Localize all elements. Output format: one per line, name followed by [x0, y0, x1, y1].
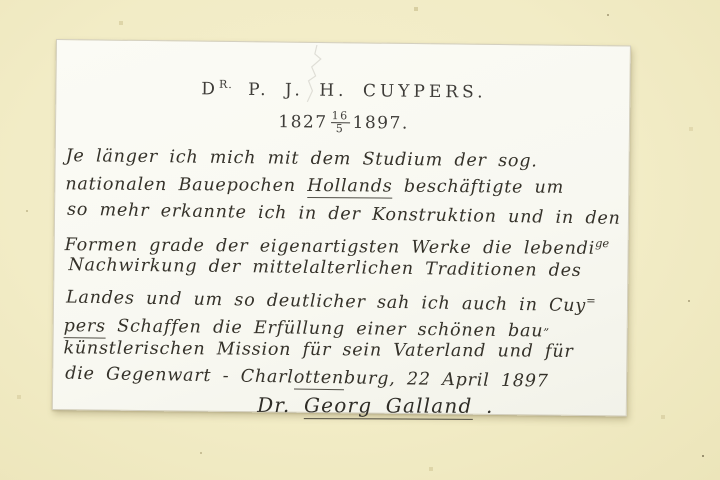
manuscript-text: Je länger ich mich mit dem Studium der s… — [66, 146, 538, 171]
manuscript-text: „ — [543, 319, 549, 333]
date-fraction-denominator: 5 — [330, 123, 349, 135]
date-fraction: 165 — [330, 110, 349, 135]
album-page: DR. P. J. H. CUYPERS. 18271651897. Je lä… — [0, 0, 720, 480]
underlined-word: Hollands — [307, 176, 392, 199]
manuscript-text: nationalen Bauepochen — [65, 174, 307, 196]
manuscript-text: die Gegenwart - Charl — [65, 364, 294, 388]
paper-specks — [0, 0, 2, 2]
printed-date: 18271651897. — [66, 107, 621, 138]
manuscript-text: Dr. — [257, 393, 304, 417]
date-year-left: 1827 — [278, 112, 327, 133]
printed-header: DR. P. J. H. CUYPERS. — [66, 76, 621, 104]
manuscript-text: . — [472, 394, 493, 418]
scratch-mark — [294, 45, 325, 103]
manuscript-text: burg, 22 April 1897 — [344, 368, 549, 391]
manuscript-text: ge — [595, 236, 609, 250]
manuscript-text: beschäftigte um — [392, 177, 564, 198]
manuscript: Je länger ich mich mit dem Studium der s… — [63, 143, 621, 396]
manuscript-line: Formen grade der eigenartigsten Werke di… — [65, 226, 620, 257]
header-name: P. J. H. CUYPERS. — [248, 80, 487, 103]
header-initial-d: D — [201, 79, 219, 99]
underlined-word: Georg Galland — [304, 393, 473, 420]
photo-card: DR. P. J. H. CUYPERS. 18271651897. Je lä… — [52, 39, 631, 416]
manuscript-text: Nachwirkung der mittelalterlichen Tradit… — [68, 255, 581, 281]
signature-line: Dr. Georg Galland . — [63, 392, 618, 418]
manuscript-text: so mehr erkannte ich in der Konstruktion… — [67, 199, 621, 228]
underlined-word: otten — [294, 367, 345, 390]
header-superscript-r: R. — [219, 78, 233, 91]
manuscript-text: künstlerischen Mission für sein Vaterlan… — [63, 339, 573, 363]
date-year-right: 1897. — [353, 113, 409, 134]
manuscript-text: Formen grade der eigenartigsten Werke di… — [65, 235, 596, 259]
manuscript-text: = — [586, 293, 596, 307]
